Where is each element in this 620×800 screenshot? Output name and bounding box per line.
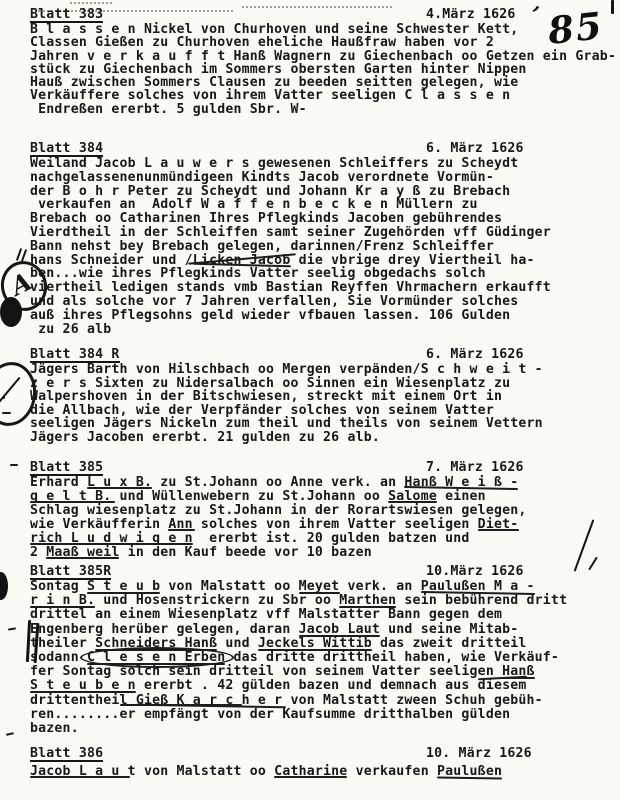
entry-header: Blatt 383 4.März 1626 — [30, 8, 616, 23]
handwritten-underline — [258, 649, 372, 651]
handwritten-underline — [339, 606, 396, 608]
entry-date: 7. März 1626 — [426, 461, 524, 474]
entry-header: Blatt 385 7. März 1626 — [30, 461, 616, 476]
entry-body: B l a s s e n Nickel von Churhoven und s… — [30, 23, 616, 116]
entry-heading: Blatt 384 — [30, 142, 103, 157]
text-line: ren........er empfängt von der Kaufsumme… — [30, 708, 616, 722]
entry-date: 6. März 1626 — [426, 348, 524, 361]
pen-dash — [8, 627, 16, 630]
entry-body: Weiland Jacob L a u w e r s gewesenen Sc… — [30, 157, 616, 336]
text-line: Jägers Jacoben ererbt. 21 gulden zu 26 a… — [30, 431, 616, 445]
text-line: nachgelassenenunmündigeen Kindts Jacob v… — [30, 171, 616, 185]
entry-header: Blatt 385R 10.März 1626 — [30, 565, 616, 580]
handwritten-underline — [274, 776, 347, 778]
text-line: Jägers Barth von Hilschbach oo Mergen ve… — [30, 363, 616, 377]
text-line: der B o h r Peter zu Scheydt und Johann … — [30, 185, 616, 199]
entry-date: 10. März 1626 — [426, 747, 532, 760]
text-line: wie Verkäufferin Ann solches von ihrem V… — [30, 518, 616, 532]
handwritten-underline — [46, 557, 119, 559]
handwritten-underline — [299, 635, 380, 637]
entry-heading: Blatt 383 — [30, 8, 103, 23]
text-line: die Allbach, wie der Verpfänder solches … — [30, 404, 616, 418]
entry-blatt-386: Blatt 386 10. März 1626 Jacob L a u t vo… — [30, 747, 616, 779]
text-line: und als solche vor 7 Jahren verfallen, S… — [30, 295, 616, 309]
text-line: auß ihres Pflegsohns geld wieder vfbauen… — [30, 309, 616, 323]
text-line: Vierdtheil in der Schleiffen samt seiner… — [30, 226, 616, 240]
document-page: ’ 85 Blatt 383 4.März 1626 B l a s s e n… — [0, 0, 620, 800]
ink-blob — [0, 572, 8, 600]
entry-blatt-384r: Blatt 384 R 6. März 1626 Jägers Barth vo… — [30, 348, 616, 444]
handwritten-underline — [30, 691, 136, 693]
text-line: viertheil ledigen stands vmb Bastian Rey… — [30, 281, 616, 295]
text-line: Verkäuffere solches von ihrem Vatter see… — [30, 89, 616, 102]
text-line: seeligen Jägers Nickeln zum theil und th… — [30, 417, 616, 431]
handwritten-underline — [30, 606, 95, 608]
text-line: drittentheil Gieß K a r c h e r von Mals… — [30, 694, 616, 708]
handwritten-underline — [87, 663, 225, 665]
entry-date: 6. März 1626 — [426, 142, 524, 155]
handwritten-underline — [30, 543, 193, 545]
entry-blatt-385: Blatt 385 7. März 1626 Erhard L u x B. z… — [30, 461, 616, 560]
entry-heading: Blatt 385 — [30, 461, 103, 476]
entry-heading: Blatt 385R — [30, 565, 111, 580]
pen-dash — [2, 412, 11, 414]
handwritten-underline — [87, 592, 160, 594]
pen-dash — [10, 464, 18, 466]
text-line: g e l t B. und Wüllenwebern zu St.Johann… — [30, 490, 616, 504]
handwritten-underline — [299, 592, 340, 594]
handwritten-overline — [120, 704, 242, 706]
entry-blatt-383: Blatt 383 4.März 1626 B l a s s e n Nick… — [30, 8, 616, 116]
text-line: Walpershoven in der Bitschwiesen, streck… — [30, 390, 616, 404]
entry-date: 10.März 1626 — [426, 565, 524, 578]
entry-heading: Blatt 386 — [30, 747, 103, 762]
handwritten-underline — [30, 501, 115, 503]
handwritten-underline — [478, 529, 519, 531]
text-line: Bann nehst bey Brebach gelegen, darinnen… — [30, 240, 616, 254]
pen-dot — [2, 396, 5, 399]
pencil-scribble — [70, 2, 112, 4]
text-line: Jahren v e r k a u f f t Hanß Wagnern zu… — [30, 50, 616, 63]
handwritten-underline — [30, 776, 130, 778]
entry-header: Blatt 384 6. März 1626 — [30, 142, 616, 157]
text-line: zu 26 alb — [30, 323, 616, 337]
handwritten-underline — [168, 529, 195, 531]
entry-body: Jägers Barth von Hilschbach oo Mergen ve… — [30, 363, 616, 444]
handwritten-underline — [87, 487, 152, 489]
text-line: Classen Gießen zu Churhoven eheliche Hau… — [30, 36, 616, 49]
text-line: drittel an einem Wiesenplatz vff Malstat… — [30, 608, 616, 622]
entry-date: 4.März 1626 — [426, 8, 516, 21]
text-line: Brebach oo Catharinen Ihres Pflegkinds J… — [30, 212, 616, 226]
pen-dash — [6, 732, 14, 736]
handwritten-underline — [437, 776, 502, 779]
entry-header: Blatt 386 10. März 1626 — [30, 747, 616, 762]
text-line: bazen. — [30, 722, 616, 736]
entry-blatt-384: Blatt 384 6. März 1626 Weiland Jacob L a… — [30, 142, 616, 336]
text-line: Schlag wiesenplatz zu St.Johann in der R… — [30, 504, 616, 518]
entry-header: Blatt 384 R 6. März 1626 — [30, 348, 616, 363]
text-line: z e r s Sixten zu Nidersalbach oo Sinnen… — [30, 377, 616, 391]
text-line: Endreßen ererbt. 5 gulden Sbr. W- — [30, 103, 616, 116]
text-line: Weiland Jacob L a u w e r s gewesenen Sc… — [30, 157, 616, 171]
ink-blob — [0, 297, 22, 327]
handwritten-underline — [388, 501, 437, 503]
entry-heading: Blatt 384 R — [30, 348, 120, 363]
